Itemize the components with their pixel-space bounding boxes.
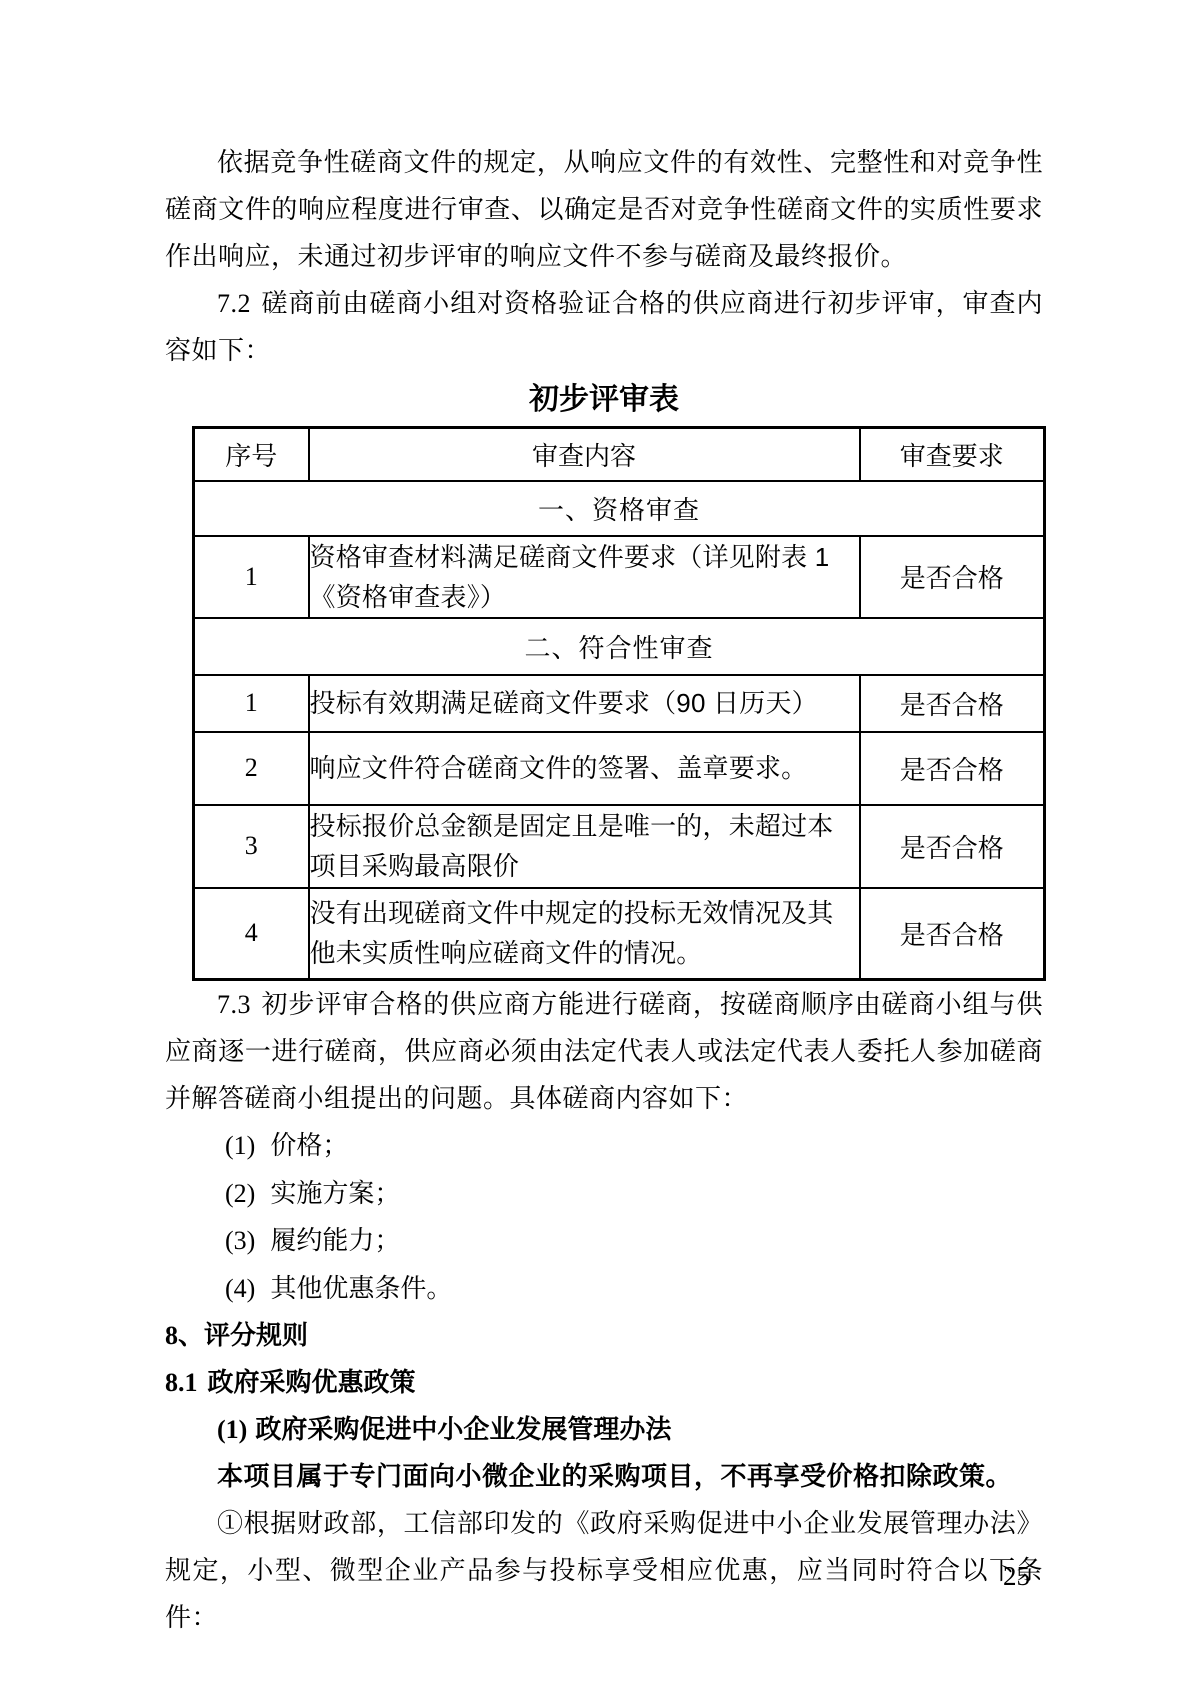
heading-8: 8、评分规则 (165, 1312, 1043, 1359)
table-row: 1 资格审查材料满足磋商文件要求（详见附表 1《资格审查表》） 是否合格 (194, 536, 1045, 618)
list-item-4: (4)其他优惠条件。 (165, 1265, 1043, 1313)
cell-no: 1 (194, 536, 309, 618)
cell-content: 投标有效期满足磋商文件要求（90 日历天） (309, 675, 860, 732)
bold-statement: 本项目属于专门面向小微企业的采购项目，不再享受价格扣除政策。 (165, 1453, 1043, 1500)
item-number: (4) (225, 1274, 255, 1303)
cell-content: 响应文件符合磋商文件的签署、盖章要求。 (309, 732, 860, 805)
header-cell-no: 序号 (194, 428, 309, 481)
cell-no: 4 (194, 888, 309, 980)
page-content: 依据竞争性磋商文件的规定，从响应文件的有效性、完整性和对竞争性磋商文件的响应程度… (165, 139, 1043, 1641)
paragraph-circle-1: ①根据财政部，工信部印发的《政府采购促进中小企业发展管理办法》规定，小型、微型企… (165, 1500, 1043, 1641)
list-item-1: (1)价格； (165, 1122, 1043, 1170)
subheading-policy: (1)政府采购促进中小企业发展管理办法 (165, 1406, 1043, 1453)
section-label: 一、资格审查 (194, 481, 1045, 536)
paragraph-7-2: 7.2磋商前由磋商小组对资格验证合格的供应商进行初步评审，审查内容如下： (165, 280, 1043, 374)
list-item-2: (2)实施方案； (165, 1170, 1043, 1218)
cell-content: 资格审查材料满足磋商文件要求（详见附表 1《资格审查表》） (309, 536, 860, 618)
preliminary-review-table: 序号 审查内容 审查要求 一、资格审查 1 资格审查材料满足磋商文件要求（详见附… (192, 426, 1046, 981)
section-label: 二、符合性审查 (194, 618, 1045, 675)
item-number: (1) (225, 1131, 255, 1160)
table-row: 2 响应文件符合磋商文件的签署、盖章要求。 是否合格 (194, 732, 1045, 805)
header-cell-requirement: 审查要求 (860, 428, 1045, 481)
table-header-row: 序号 审查内容 审查要求 (194, 428, 1045, 481)
table-row: 4 没有出现磋商文件中规定的投标无效情况及其他未实质性响应磋商文件的情况。 是否… (194, 888, 1045, 980)
header-cell-content: 审查内容 (309, 428, 860, 481)
heading-number: 8.1 (165, 1368, 198, 1397)
item-number: (2) (225, 1179, 255, 1208)
section-row-qualification: 一、资格审查 (194, 481, 1045, 536)
cell-requirement: 是否合格 (860, 805, 1045, 888)
cell-no: 2 (194, 732, 309, 805)
cell-requirement: 是否合格 (860, 888, 1045, 980)
item-number: (3) (225, 1226, 255, 1255)
section-row-conformity: 二、符合性审查 (194, 618, 1045, 675)
paragraph-intro: 依据竞争性磋商文件的规定，从响应文件的有效性、完整性和对竞争性磋商文件的响应程度… (165, 139, 1043, 280)
heading-number: 8 (165, 1321, 178, 1350)
cell-no: 3 (194, 805, 309, 888)
clause-number: 7.3 (217, 990, 251, 1019)
paragraph-7-3: 7.3初步评审合格的供应商方能进行磋商，按磋商顺序由磋商小组与供应商逐一进行磋商… (165, 981, 1043, 1122)
document-page: 依据竞争性磋商文件的规定，从响应文件的有效性、完整性和对竞争性磋商文件的响应程度… (0, 0, 1190, 1682)
page-number: 25 (1003, 1560, 1030, 1592)
list-item-3: (3)履约能力； (165, 1217, 1043, 1265)
cell-content: 没有出现磋商文件中规定的投标无效情况及其他未实质性响应磋商文件的情况。 (309, 888, 860, 980)
table-title: 初步评审表 (165, 376, 1043, 423)
cell-no: 1 (194, 675, 309, 732)
cell-content: 投标报价总金额是固定且是唯一的，未超过本项目采购最高限价 (309, 805, 860, 888)
cell-requirement: 是否合格 (860, 732, 1045, 805)
table-row: 1 投标有效期满足磋商文件要求（90 日历天） 是否合格 (194, 675, 1045, 732)
cell-requirement: 是否合格 (860, 536, 1045, 618)
clause-number: 7.2 (217, 289, 251, 318)
item-number: (1) (217, 1415, 247, 1444)
table-row: 3 投标报价总金额是固定且是唯一的，未超过本项目采购最高限价 是否合格 (194, 805, 1045, 888)
cell-requirement: 是否合格 (860, 675, 1045, 732)
heading-8-1: 8.1政府采购优惠政策 (165, 1359, 1043, 1406)
